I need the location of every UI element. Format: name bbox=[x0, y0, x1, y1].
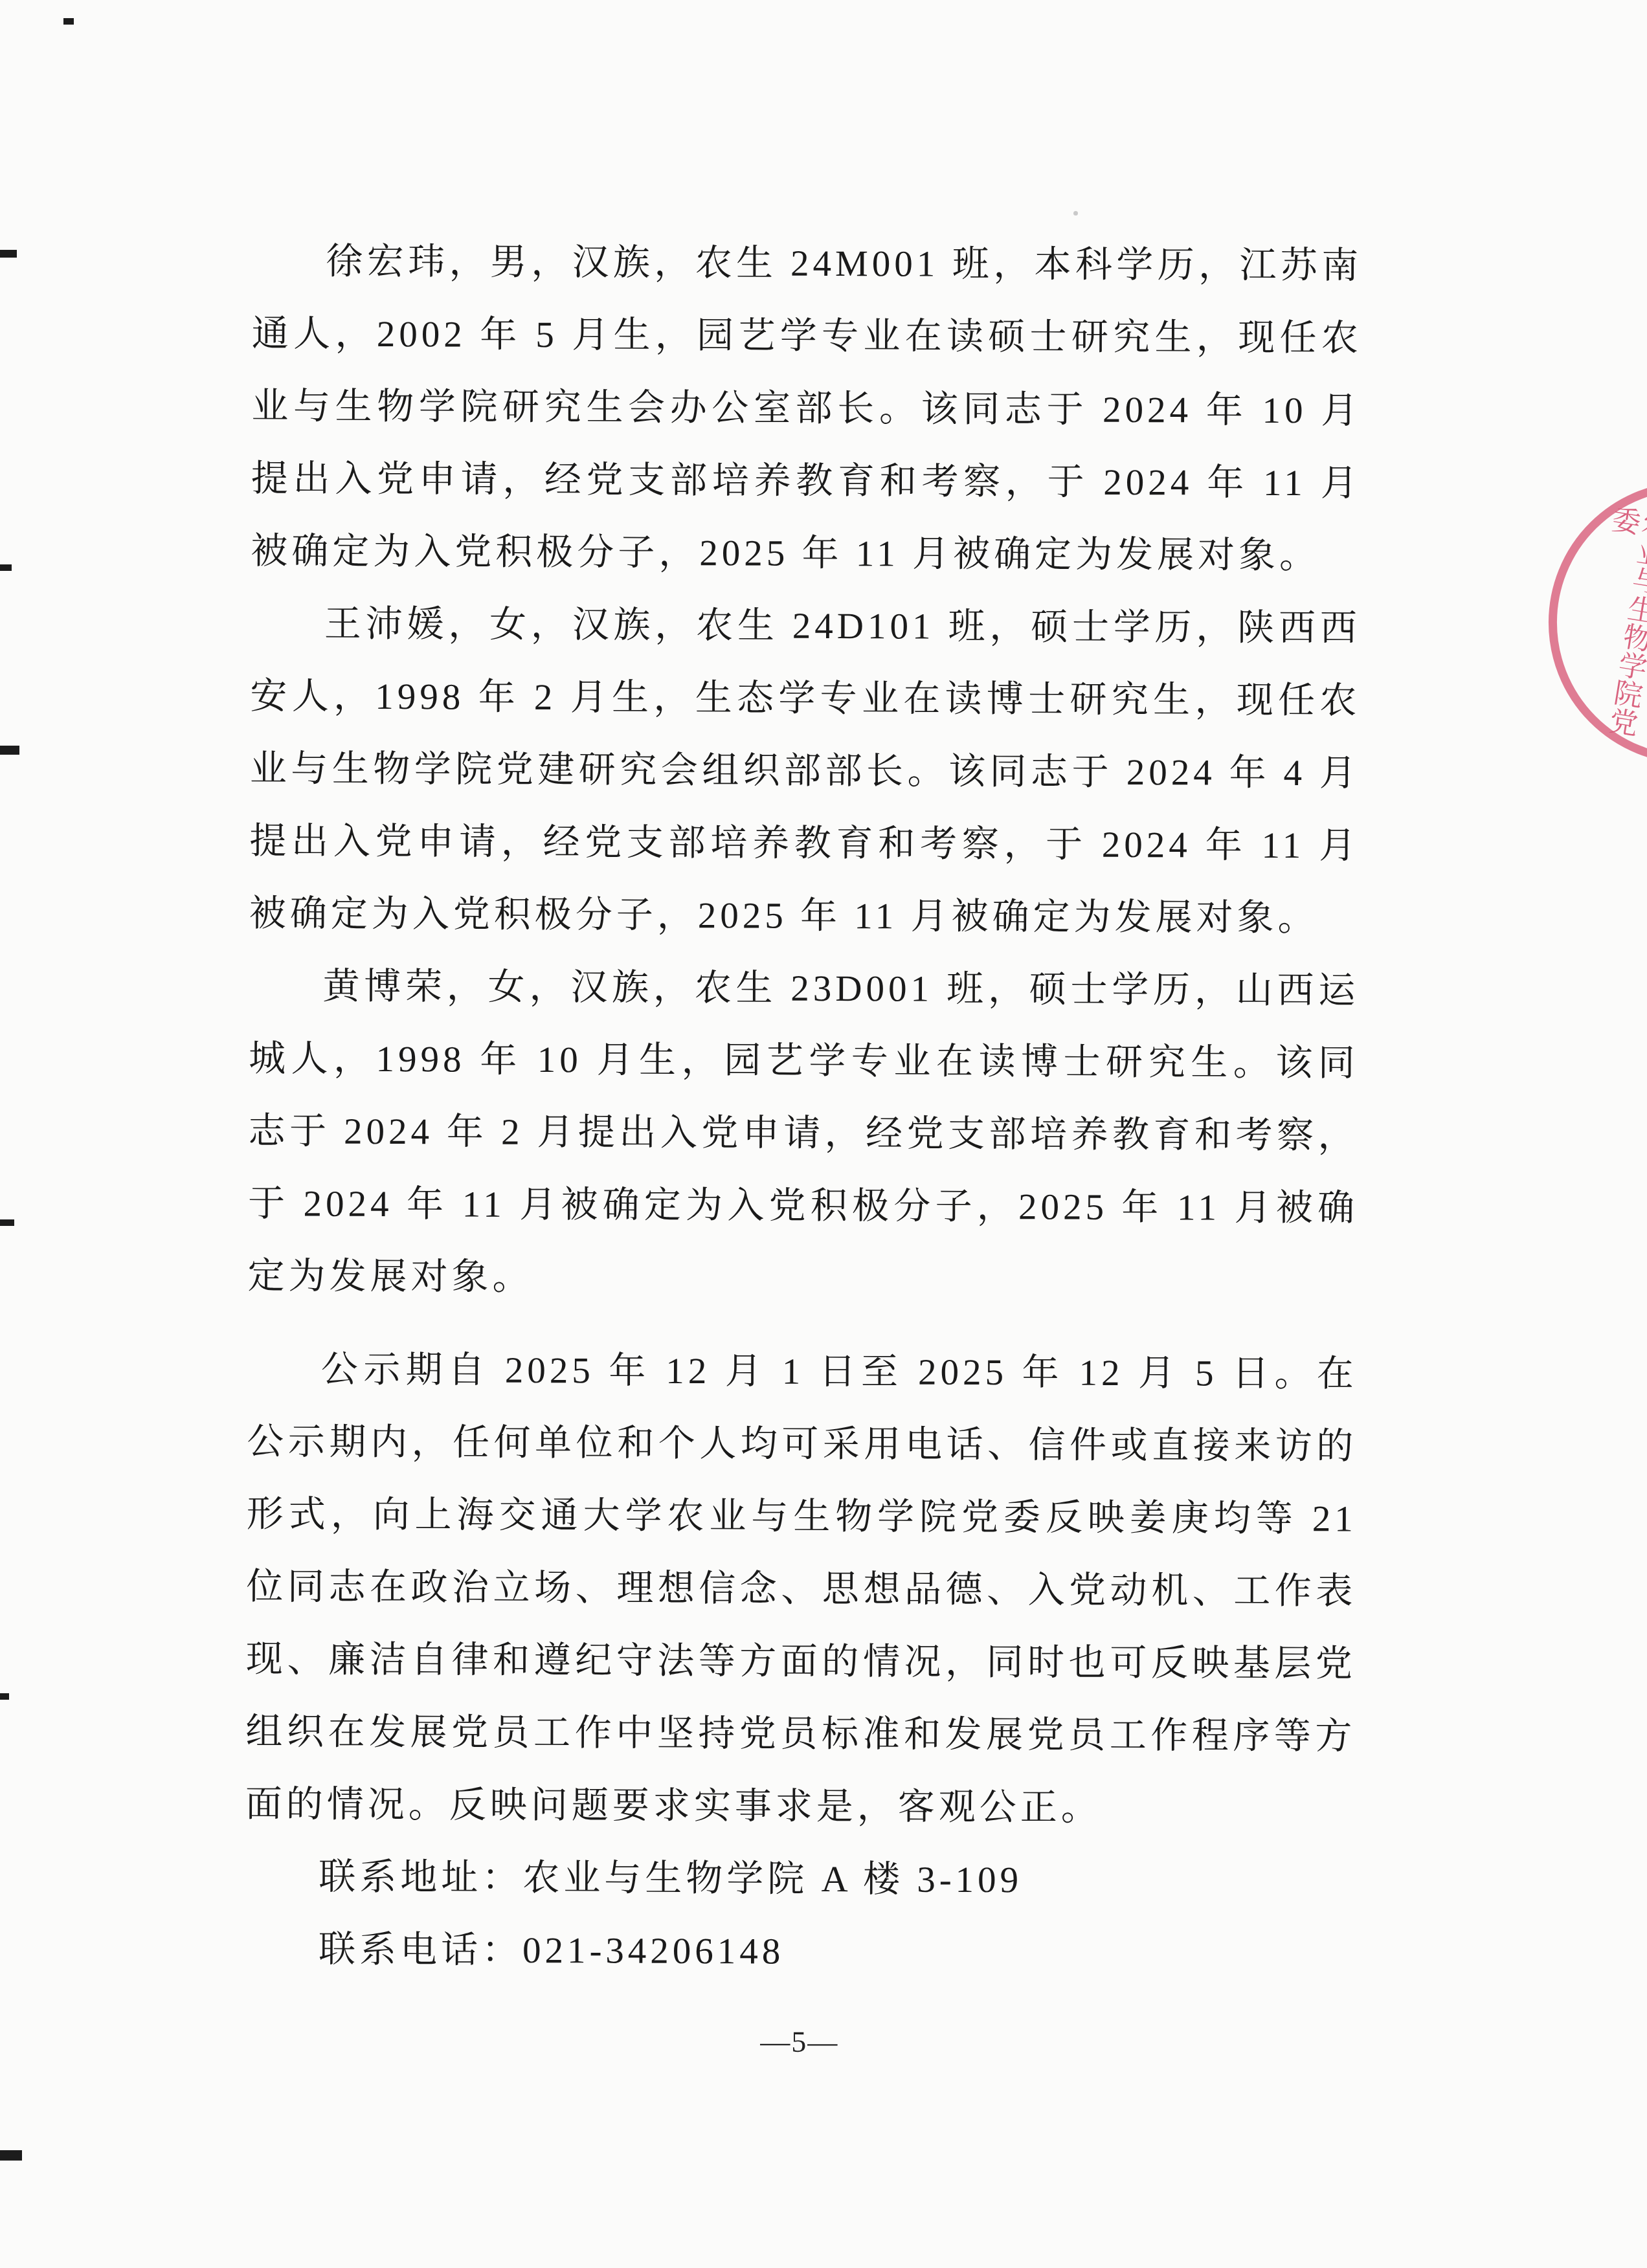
scan-artifact bbox=[0, 1693, 9, 1700]
paragraph-candidate-wangpeiyuan: 王沛媛，女，汉族，农生 24D101 班，硕士学历，陕西西安人，1998 年 2… bbox=[249, 588, 1361, 955]
page-number: —5— bbox=[244, 2022, 1354, 2061]
document-body: 徐宏玮，男，汉族，农生 24M001 班，本科学历，江苏南通人，2002 年 5… bbox=[245, 225, 1363, 1990]
paragraph-candidate-huangborong: 黄博荣，女，汉族，农生 23D001 班，硕士学历，山西运城人，1998 年 1… bbox=[247, 950, 1359, 1317]
scan-artifact bbox=[0, 2150, 22, 2161]
scan-content: 徐宏玮，男，汉族，农生 24M001 班，本科学历，江苏南通人，2002 年 5… bbox=[0, 0, 1647, 2268]
scan-artifact bbox=[63, 18, 74, 25]
contact-address-line: 联系地址：农业与生物学院 A 楼 3-109 bbox=[245, 1841, 1355, 1918]
scan-artifact bbox=[1073, 211, 1078, 216]
scan-artifact bbox=[0, 746, 19, 755]
paragraph-public-notice-period: 公示期自 2025 年 12 月 1 日至 2025 年 12 月 5 日。在公… bbox=[245, 1333, 1358, 1845]
paragraph-candidate-xuhongwei: 徐宏玮，男，汉族，农生 24M001 班，本科学历，江苏南通人，2002 年 5… bbox=[251, 225, 1362, 592]
scanned-document-page: 徐宏玮，男，汉族，农生 24M001 班，本科学历，江苏南通人，2002 年 5… bbox=[0, 0, 1647, 2268]
scan-artifact bbox=[0, 1219, 14, 1226]
contact-phone-line: 联系电话：021-34206148 bbox=[245, 1913, 1355, 1990]
official-seal: 农业与生物学院党委 bbox=[1548, 481, 1647, 764]
official-seal-text: 农业与生物学院党委 bbox=[1571, 503, 1647, 758]
scan-artifact bbox=[0, 564, 12, 571]
scan-artifact bbox=[0, 250, 17, 258]
